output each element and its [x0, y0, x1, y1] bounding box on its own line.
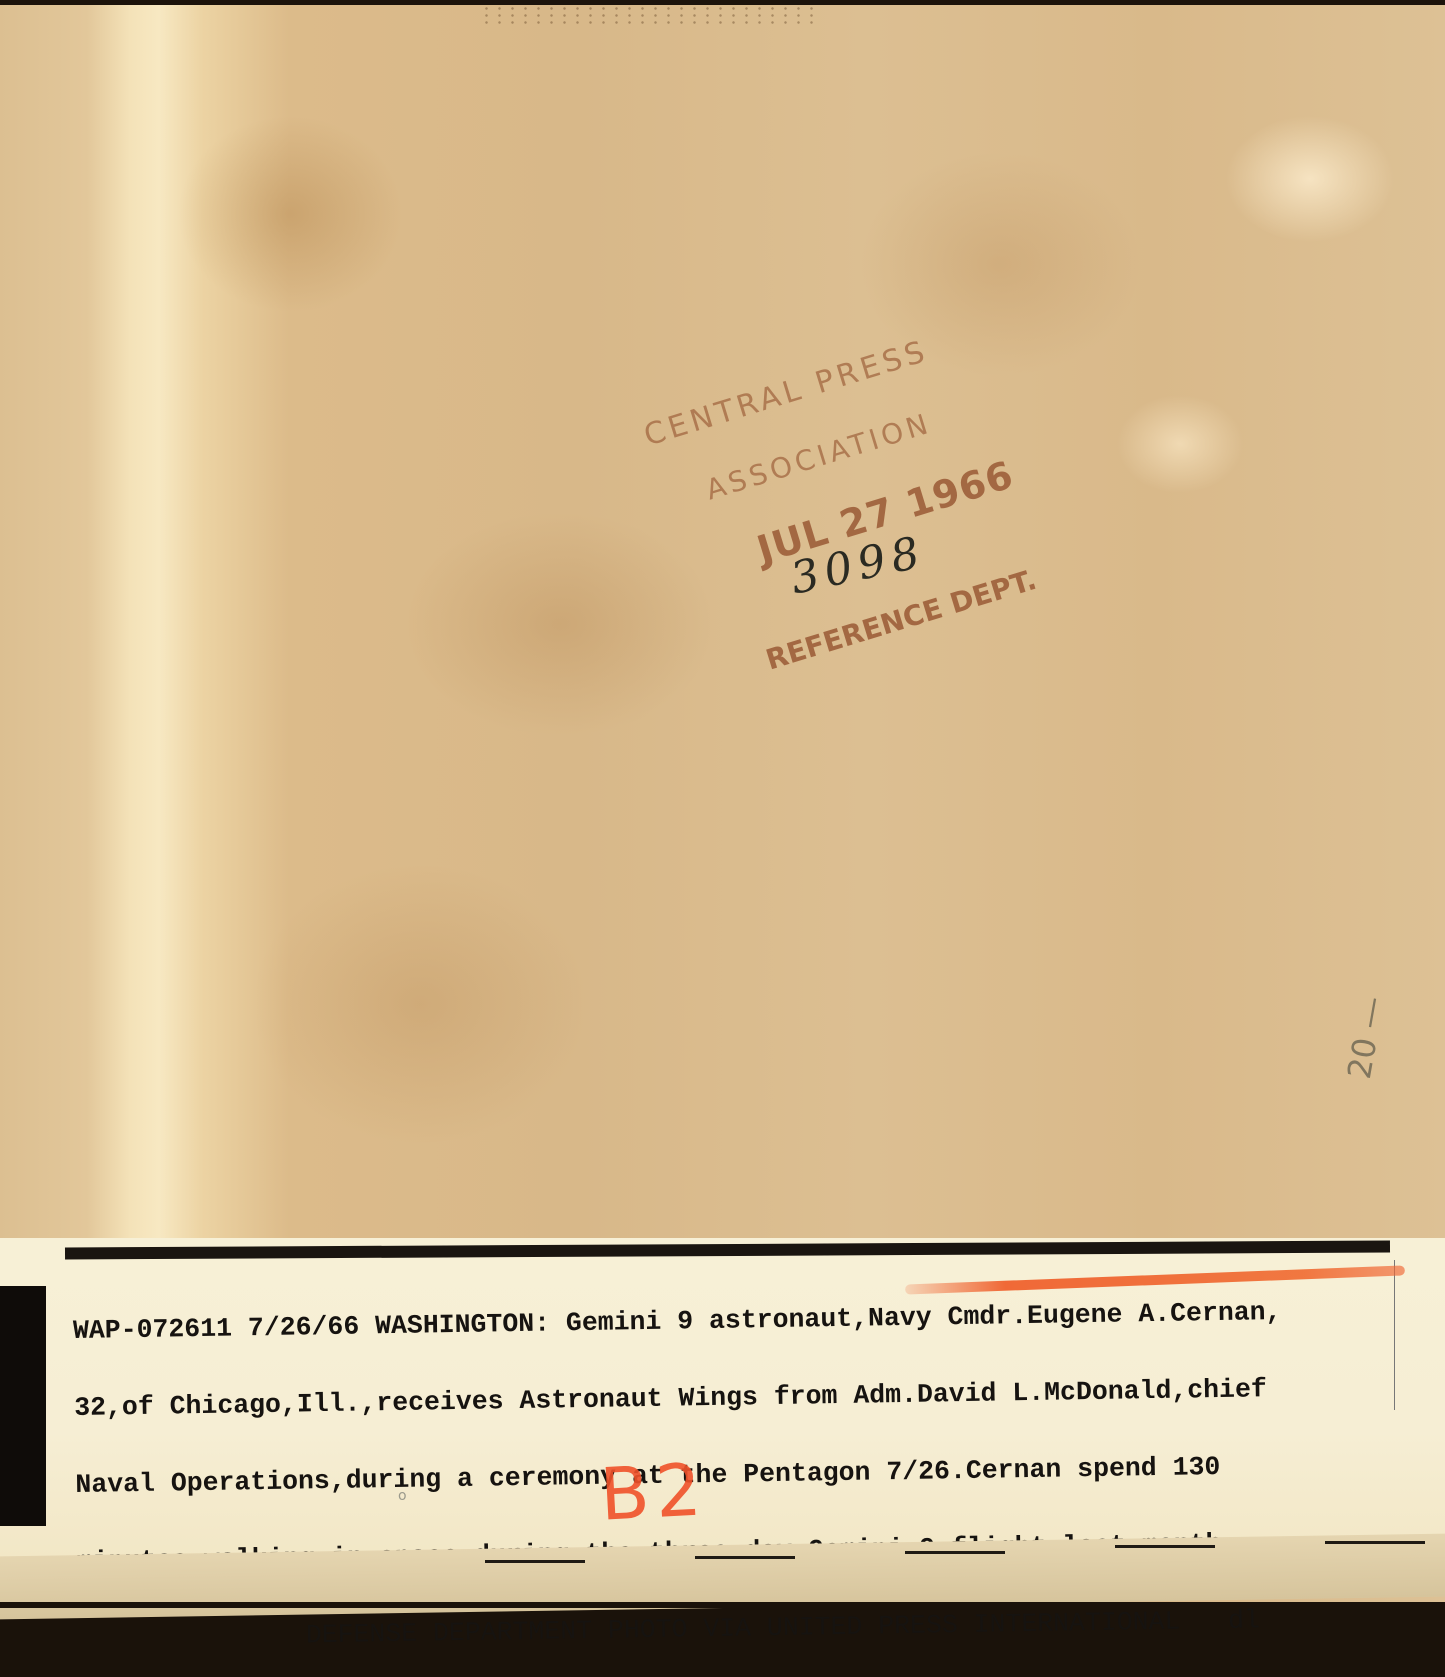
fold-dash [905, 1551, 1005, 1554]
caption-line-3: Naval Operations,during a ceremony at th… [75, 1451, 1405, 1497]
fold-dash [485, 1560, 585, 1563]
grease-pencil-code: B2 [598, 1447, 709, 1536]
fold-dash [1115, 1545, 1215, 1548]
caption-line-2: 32,of Chicago,Ill.,receives Astronaut Wi… [74, 1374, 1404, 1420]
fold-dash [1325, 1541, 1425, 1544]
small-pencil-mark: o [398, 1488, 407, 1504]
paper-speckles [480, 5, 820, 25]
caption-left-block [0, 1286, 46, 1526]
scan-bottom-edge [0, 1602, 1445, 1608]
caption-line-1: WAP-072611 7/26/66 WASHINGTON: Gemini 9 … [73, 1297, 1403, 1343]
fold-dash [695, 1556, 795, 1559]
